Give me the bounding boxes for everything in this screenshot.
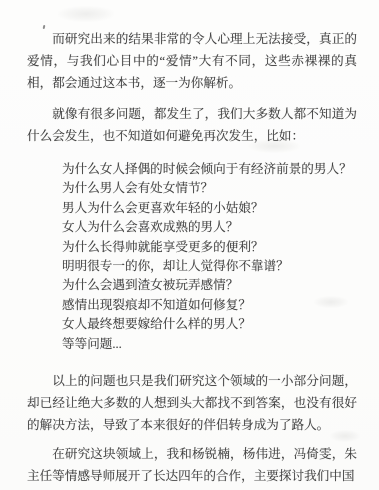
question-line: 为什么女人择偶的时候会倾向于有经济前景的男人？ — [62, 160, 379, 179]
paragraph-research-results: 而研究出来的结果非常的令人心理上无法接受，真正的爱情，与我们心目中的“爱情”大有… — [27, 28, 357, 94]
question-line: 为什么长得帅就能享受更多的便利？ — [62, 238, 379, 257]
question-line: 为什么男人会有处女情节？ — [62, 179, 379, 198]
paragraph-many-questions: 就像有很多问题，都发生了，我们大多数人都不知道为什么会发生，也不知道如何避免再次… — [27, 103, 357, 147]
question-line: 女人为什么会喜欢成熟的男人？ — [62, 218, 379, 237]
scan-smudge — [58, 6, 114, 22]
question-line: 男人为什么会更喜欢年轻的小姑娘？ — [62, 199, 379, 218]
question-line: 女人最终想要嫁给什么样的男人？ — [62, 315, 379, 334]
scanned-book-page: 而研究出来的结果非常的令人心理上无法接受，真正的爱情，与我们心目中的“爱情”大有… — [0, 0, 379, 490]
question-line: 等等问题... — [62, 335, 379, 354]
paragraph-small-part-of-research: 以上的问题也只是我们研究这个领域的一小部分问题，却已经让绝大多数的人想到头大都找… — [27, 370, 357, 436]
paragraph-collaboration: 在研究这块领域上，我和杨锐楠，杨伟进，冯倚雯，朱主任等情感导师展开了长达四年的合… — [27, 443, 357, 487]
question-list: 为什么女人择偶的时候会倾向于有经济前景的男人？ 为什么男人会有处女情节？ 男人为… — [62, 160, 379, 354]
question-line: 感情出现裂痕却不知道如何修复？ — [62, 296, 379, 315]
question-line: 为什么会遇到渣女被玩弄感情？ — [62, 276, 379, 295]
question-line: 明明很专一的你，却让人觉得你不靠谱？ — [62, 257, 379, 276]
